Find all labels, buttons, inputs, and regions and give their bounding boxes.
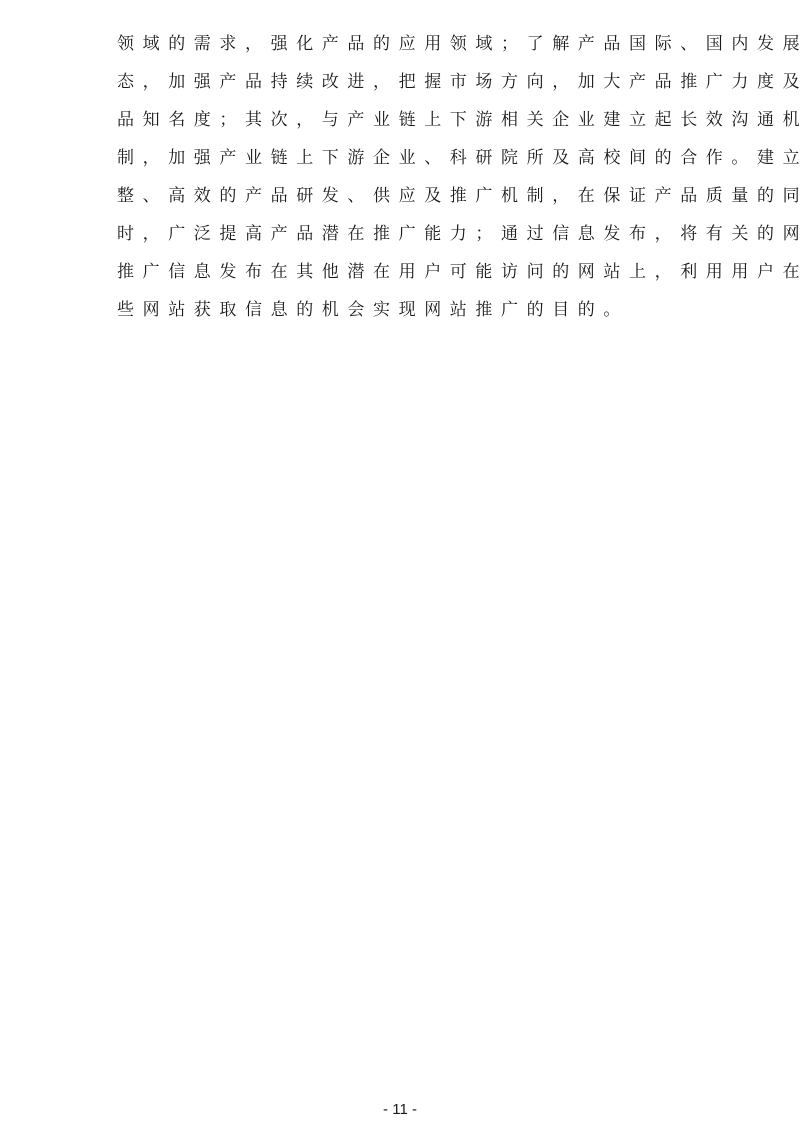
paragraph-line: 领域的需求，强化产品的应用领域；了解产品国际、国内发展动 xyxy=(117,25,697,63)
paragraph-line: 整、高效的产品研发、供应及推广机制，在保证产品质量的同 xyxy=(117,177,697,215)
page-number: - 11 - xyxy=(0,1101,800,1118)
paragraph-line: 态，加强产品持续改进，把握市场方向，加大产品推广力度及产 xyxy=(117,63,697,101)
paragraph-line: 时，广泛提高产品潜在推广能力；通过信息发布，将有关的网站 xyxy=(117,215,697,253)
paragraph-line: 推广信息发布在其他潜在用户可能访问的网站上，利用用户在这 xyxy=(117,253,697,291)
paragraph-line: 品知名度；其次，与产业链上下游相关企业建立起长效沟通机 xyxy=(117,101,697,139)
paragraph-line: 制，加强产业链上下游企业、科研院所及高校间的合作。建立完 xyxy=(117,139,697,177)
body-paragraph: 领域的需求，强化产品的应用领域；了解产品国际、国内发展动 态，加强产品持续改进，… xyxy=(117,25,697,329)
document-page: 领域的需求，强化产品的应用领域；了解产品国际、国内发展动 态，加强产品持续改进，… xyxy=(0,0,800,1131)
paragraph-line: 些网站获取信息的机会实现网站推广的目的。 xyxy=(117,291,697,329)
